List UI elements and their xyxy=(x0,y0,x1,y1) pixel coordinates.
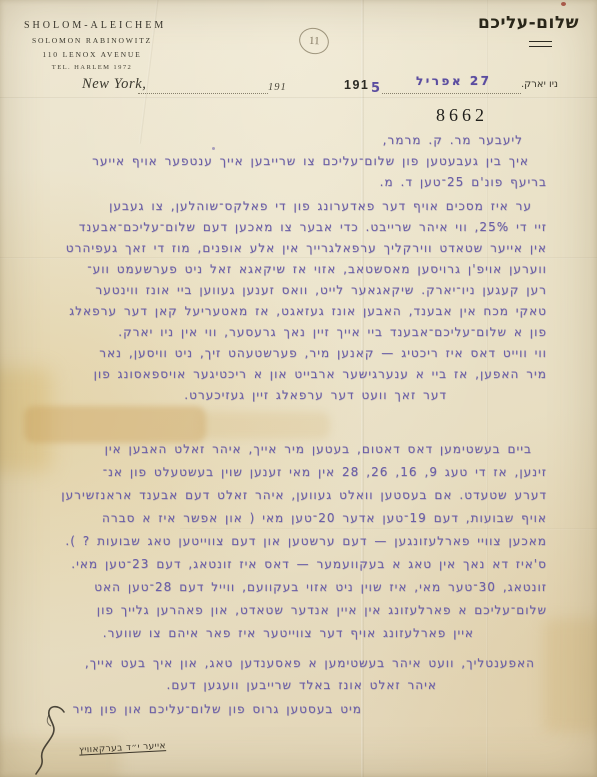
dateline-year-printed: 191 xyxy=(344,78,369,92)
letter-line: איין פארלעזונג אויף דער צווייטער איז פאר… xyxy=(28,622,474,645)
letter-salutation: ליעבער מר. ק. מרמר, xyxy=(28,130,523,151)
letter-body: ליעבער מר. ק. מרמר, איך בין געבעטען פון … xyxy=(28,130,547,720)
letter-line: מאכען צוויי פארלעזונגען — דעם ערשטען און… xyxy=(28,530,547,553)
letter-line: טאקי מכח אין אבענד, האבען אונז געזאגט, א… xyxy=(28,301,547,322)
letterhead-hebrew-title: שלום-עליכם xyxy=(478,13,579,33)
paragraph: איך בין געבעטען פון שלום־עליכם צו שרייבע… xyxy=(28,151,547,193)
signature-flourish xyxy=(30,704,74,776)
letter-line: דער זאך וועט דער ערפאלג זיין געזיכערט. xyxy=(28,385,447,406)
paragraph: ער איז מסכים אויף דער פאדערונג פון די פא… xyxy=(28,196,547,406)
dateline-year-blank: 191 xyxy=(268,82,287,93)
paragraph: ביים בעשטימען דאס דאטום, בעטען מיר אייך,… xyxy=(28,438,547,645)
letterhead-english: SHOLOM-ALEICHEM SOLOMON RABINOWITZ 110 L… xyxy=(24,20,160,71)
paper-stain xyxy=(543,618,597,733)
letterhead-address: 110 LENOX AVENUE xyxy=(24,50,160,59)
letter-paragraphs: איך בין געבעטען פון שלום־עליכם צו שרייבע… xyxy=(28,151,547,696)
dateline-city-script: New York, xyxy=(82,76,147,93)
red-ink-speck xyxy=(561,2,566,6)
letter-line: אויף שבועות, דעם 19־טען אדער 20־טען מאי … xyxy=(28,507,547,530)
letterhead-name: SHOLOM-ALEICHEM xyxy=(24,20,160,31)
letterhead-phone: TEL. HARLEM 1972 xyxy=(24,64,160,71)
dotted-rule xyxy=(138,92,268,94)
letter-line: מיר האפען, אז ביי א ענערגישער ארבייט און… xyxy=(28,364,547,385)
letter-line: האפענטליך, וועט איהר בעשטימען א פאסענדען… xyxy=(28,652,535,674)
letter-line: זינען, אז די טעג 9, 16, 26, 28 אין מאי ז… xyxy=(28,461,547,484)
letter-line: דערע שטעדט. אם בעסטען וואלט געווען, איהר… xyxy=(28,484,547,507)
letter-closing: מיט בעסטען גרוס פון שלום־עליכם און פון מ… xyxy=(28,698,362,720)
pencil-circled-note: 11 xyxy=(296,24,332,57)
letter-line: ווי ווייט דאס איז ריכטיג — קאנען מיר, פע… xyxy=(28,343,547,364)
horizontal-fold-crease xyxy=(0,97,597,99)
letter-line: איך בין געבעטען פון שלום־עליכם צו שרייבע… xyxy=(28,151,529,172)
letter-line: ס'איז דא נאך אין טאג א בעקוועמער — דאס א… xyxy=(28,553,547,576)
letter-line: איהר זאלט אונז באלד שרייבען וועגען דעם. xyxy=(28,674,437,696)
letter-line: ביים בעשטימען דאס דאטום, בעטען מיר אייך,… xyxy=(28,438,532,461)
letter-line: זיי די 25%, ווי איהר שרייבט. כדי אבער צו… xyxy=(28,217,547,238)
pencil-note-number: 11 xyxy=(308,35,319,47)
letter-line: ווערען אויפ'ן גרויסען מאסשטאב, אזוי אז ש… xyxy=(28,259,547,280)
letter-line: ער איז מסכים אויף דער פאדערונג פון די פא… xyxy=(28,196,532,217)
dateline-date-typed: 27 אפריל xyxy=(416,74,492,88)
letterhead-person: SOLOMON RABINOWITZ xyxy=(24,36,160,45)
dateline-year-typed: 5 xyxy=(371,81,380,96)
letter-line: רען קעגען ניו־יארק. שיקאגאער לייט, וואס … xyxy=(28,280,547,301)
paragraph: האפענטליך, וועט איהר בעשטימען א פאסענדען… xyxy=(28,652,547,696)
dateline-city-hebrew: ניו יארק. xyxy=(521,79,558,90)
dotted-rule xyxy=(382,92,521,94)
letter-line: אין אייער שטאדט ווירקליך ערפאלגרייך אין … xyxy=(28,238,547,259)
letter-line: פון א שלום־עליכם־אבענד ביי אייך זיין נאך… xyxy=(28,322,547,343)
letter-line: זונטאג, 30־טער מאי, איז שוין ניט אזוי בע… xyxy=(28,576,547,599)
letter-line: שלום־עליכם א פארלעזונג אין איין אנדער שט… xyxy=(28,599,547,622)
letter-scan: SHOLOM-ALEICHEM SOLOMON RABINOWITZ 110 L… xyxy=(0,0,597,777)
double-underline-ornament xyxy=(529,41,552,47)
archive-stamp-number: 8662 xyxy=(436,105,488,126)
letter-line: בריעף פונ'ם 25־טען ד. מ. xyxy=(28,172,547,193)
